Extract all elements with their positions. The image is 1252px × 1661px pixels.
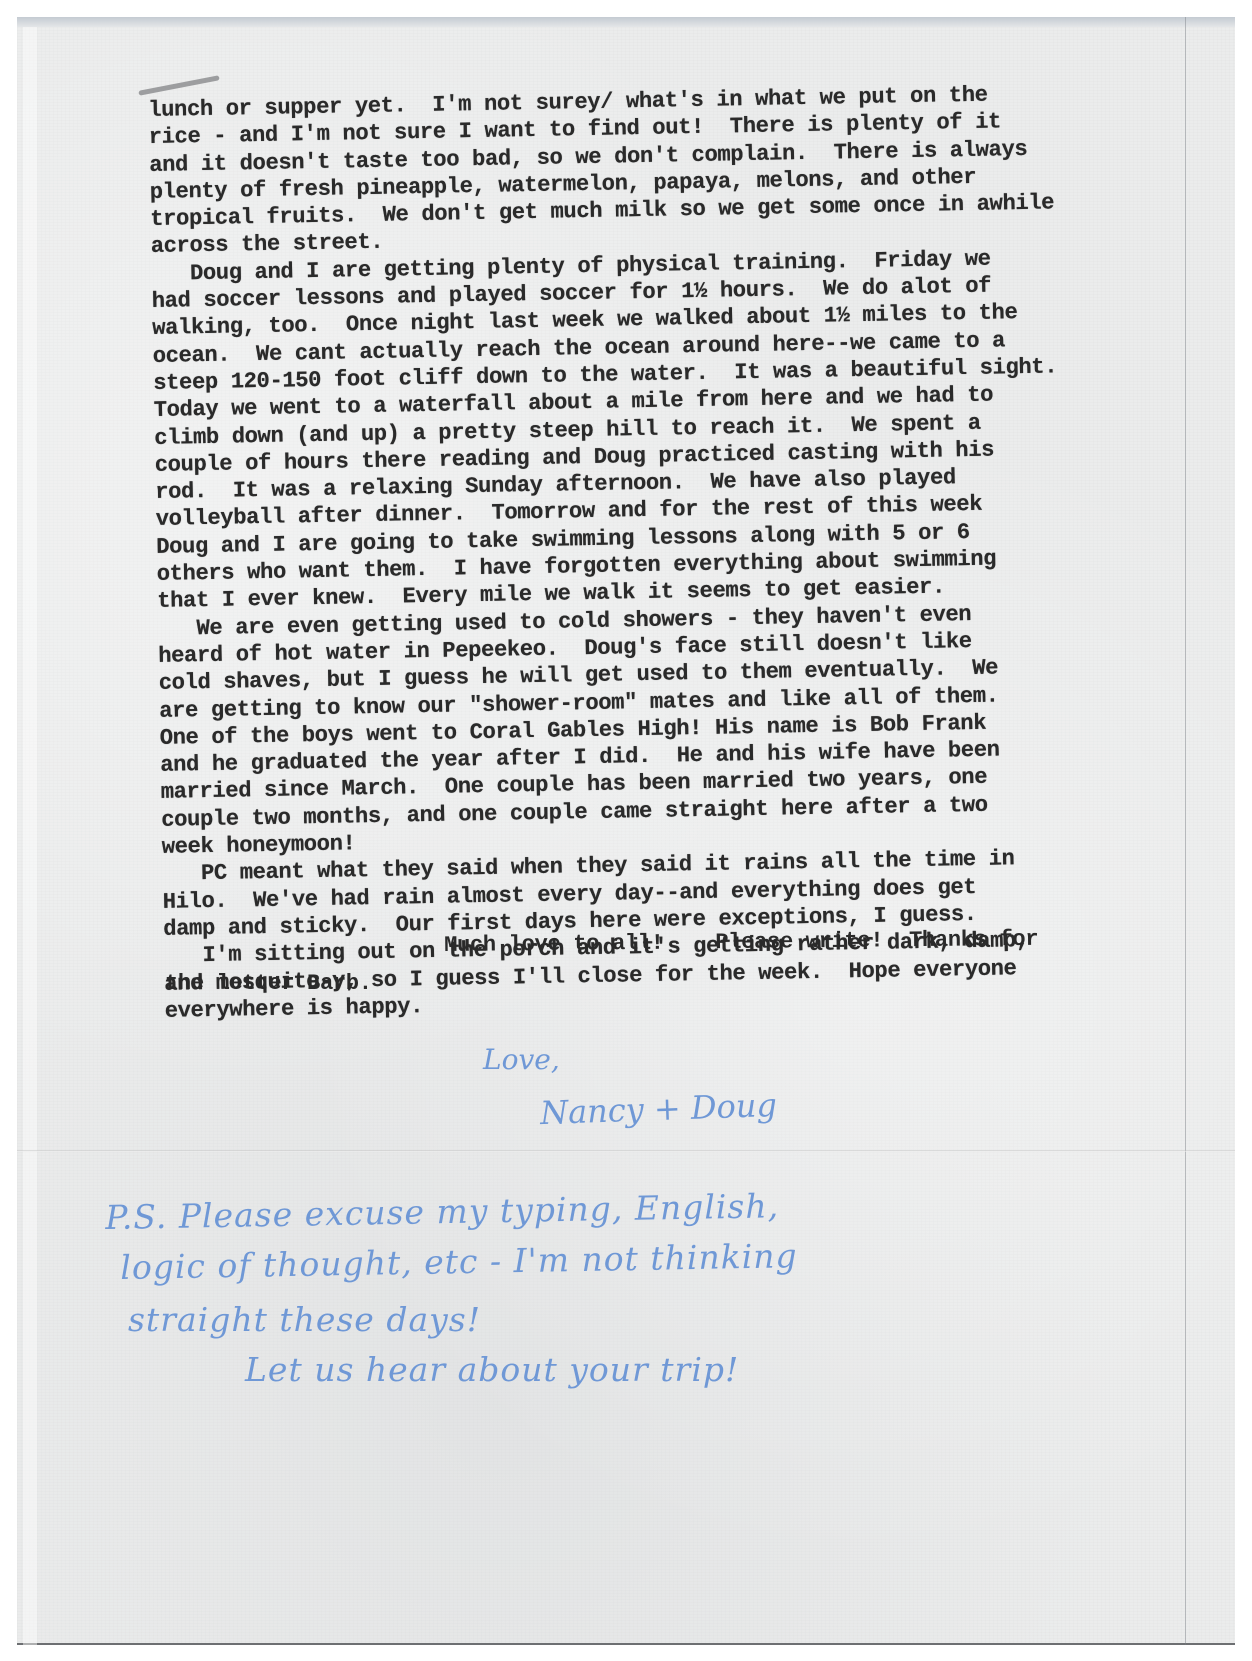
typed-closing-continued: the letter Barb. <box>165 971 372 996</box>
page-left-strip <box>23 27 37 1655</box>
handwritten-ps-line: straight these days! <box>128 1300 481 1339</box>
handwritten-ps-line: Let us hear about your trip! <box>245 1350 739 1389</box>
handwritten-love: Love, <box>483 1043 560 1076</box>
vertical-fold-line <box>1185 17 1186 1645</box>
typed-letter-body: lunch or supper yet. I'm not surey/ what… <box>148 79 1165 1025</box>
horizontal-fold-line <box>17 1150 1235 1152</box>
page-top-edge <box>17 17 1235 27</box>
